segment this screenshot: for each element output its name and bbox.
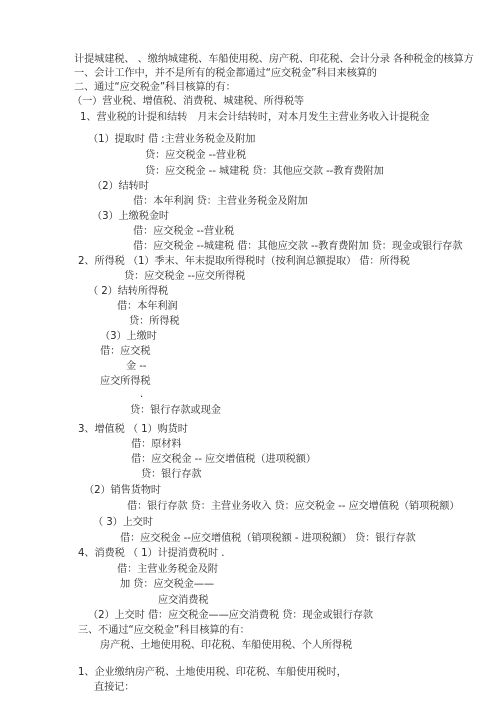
text-line: 一、会计工作中，并不是所有的税金都通过“应交税金”科目来核算的	[74, 67, 377, 80]
text-line: 借：原材料	[131, 438, 181, 451]
text-line: 3、增值税 （ 1）购货时	[78, 423, 188, 436]
text-line: （ 3）上交时	[93, 516, 153, 529]
text-line: 1、企业缴纳房产税、土地使用税、印花税、车船使用税时，	[78, 666, 347, 679]
text-line: 三、不通过“应交税金”科目核算的有：	[78, 624, 250, 637]
text-line: 贷：银行存款或现金	[130, 404, 221, 417]
text-line: 房产税、土地使用税、印花税、车船使用税、个人所得税	[100, 639, 352, 652]
text-line: 借：应交税金 --营业税	[133, 225, 234, 238]
text-line: 加 贷：应交税金——	[120, 578, 214, 591]
text-line: 计提城建税、 、缴纳城建税、车船使用税、房产税、印花税、会计分录 各种税金的核算…	[74, 53, 474, 66]
document-page: 计提城建税、 、缴纳城建税、车船使用税、房产税、印花税、会计分录 各种税金的核算…	[0, 0, 500, 707]
text-line: 借：本年利润 贷：主营业务税金及附加	[133, 195, 308, 208]
text-line: 借：本年利润	[117, 300, 178, 313]
text-line: 二、通过“应交税金”科目核算的有：	[74, 81, 236, 94]
text-line: 1、营业税的计提和结转 月末会计结转时，对本月发生主营业务收入计提税金	[80, 111, 429, 124]
text-line: （2）销售货物时	[84, 484, 161, 497]
text-line: 应交消费税	[158, 594, 208, 607]
text-line: 贷：应交税金 -- 城建税 贷：其他应交款 --教育费附加	[145, 165, 384, 178]
text-line: 4、消费税 （ 1）计提消费税时 .	[78, 547, 224, 560]
text-line: 借：主营业务税金及附	[117, 563, 218, 576]
text-line: 借：应交税金 --应交增值税（销项税额 - 进项税额） 贷：银行存款	[120, 532, 416, 545]
text-line: （1）提取时 借 :主营业务税金及附加	[88, 133, 255, 146]
text-line: 贷：应交税金 --应交所得税	[124, 270, 245, 283]
text-line: 贷：应交税金 --营业税	[145, 149, 246, 162]
text-line: （2）上交时 借：应交税金——应交消费税 贷：现金或银行存款	[88, 609, 373, 622]
text-line: 借：应交税	[100, 345, 150, 358]
text-line: 应交所得税	[100, 375, 150, 388]
text-line: 贷：所得税	[129, 315, 179, 328]
text-line: （ 2）结转所得税	[88, 285, 168, 298]
text-line: （3）上缴税金时	[92, 210, 169, 223]
text-line: 2、所得税 （1）季末、年末提取所得税时（按利润总额提取） 借：所得税	[78, 255, 410, 268]
text-line: 借：应交税金 --城建税 借：其他应交款 --教育费附加 贷：现金或银行存款	[133, 240, 462, 253]
text-line: 借：银行存款 贷：主营业务收入 贷：应交税金 -- 应交增值税（销项税额）	[127, 500, 459, 513]
text-line: （2）结转时	[92, 180, 149, 193]
text-line: （3）上缴时	[100, 330, 157, 343]
text-line: 金 --	[126, 360, 146, 373]
text-line: （一）营业税、增值税、消费税、城建税、所得税等	[72, 95, 304, 108]
text-line: ·	[140, 391, 143, 404]
text-line: 借：应交税金 -- 应交增值税（进项税额）	[131, 453, 316, 466]
text-line: 直接记：	[94, 681, 134, 694]
text-line: 贷：银行存款	[141, 468, 202, 481]
